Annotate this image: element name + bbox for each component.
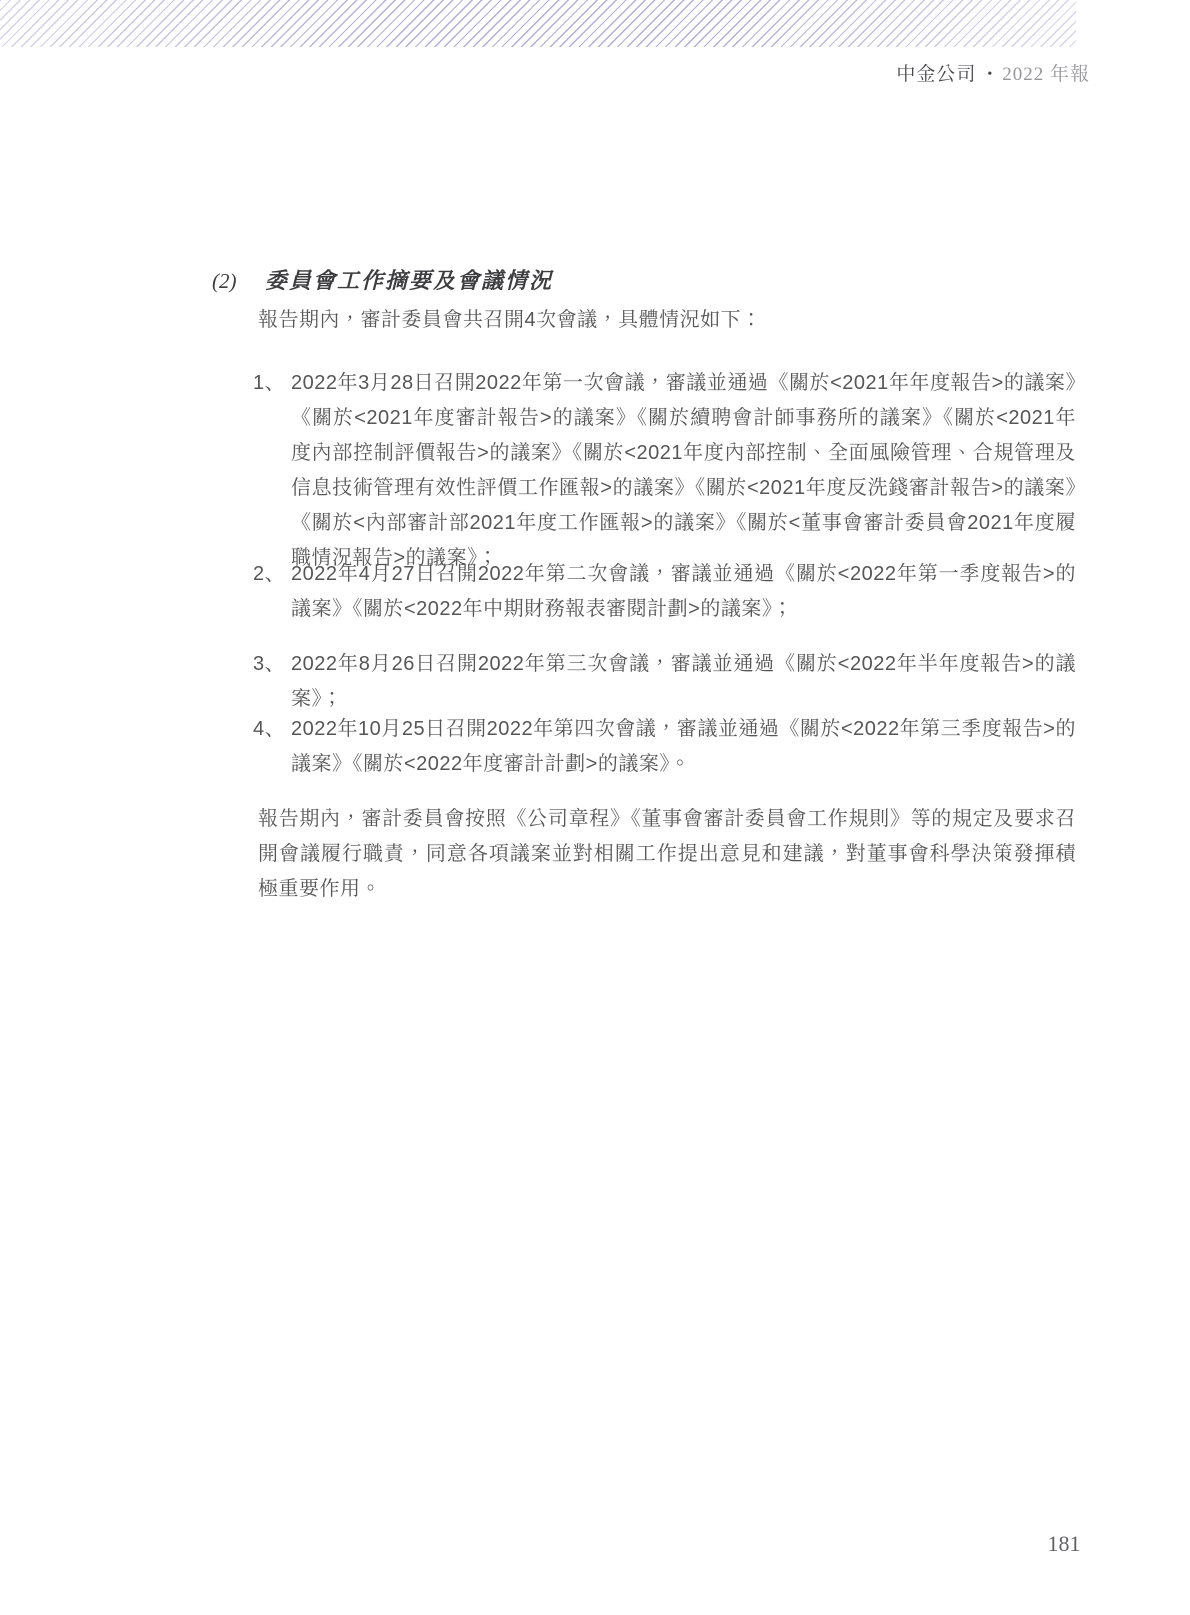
item-text: 2022年8月26日召開2022年第三次會議，審議並通過《關於<2022年半年度… bbox=[291, 647, 1076, 717]
item-number: 2、 bbox=[253, 557, 291, 592]
section-number: (2) bbox=[212, 266, 265, 296]
item-number: 1、 bbox=[253, 366, 291, 401]
meeting-item-4: 4、 2022年10月25日召開2022年第四次會議，審議並通過《關於<2022… bbox=[253, 712, 1076, 782]
report-title: 2022 年報 bbox=[1002, 64, 1090, 85]
item-text: 2022年3月28日召開2022年第一次會議，審議並通過《關於<2021年年度報… bbox=[291, 366, 1076, 576]
meeting-item-2: 2、 2022年4月27日召開2022年第二次會議，審議並通過《關於<2022年… bbox=[253, 557, 1076, 627]
diagonal-hatch-band bbox=[0, 0, 1076, 47]
section-title: 委員會工作摘要及會議情況 bbox=[265, 266, 553, 296]
meeting-item-3: 3、 2022年8月26日召開2022年第三次會議，審議並通過《關於<2022年… bbox=[253, 647, 1076, 717]
company-name: 中金公司 bbox=[896, 64, 976, 85]
item-text: 2022年10月25日召開2022年第四次會議，審議並通過《關於<2022年第三… bbox=[291, 712, 1076, 782]
intro-paragraph: 報告期內，審計委員會共召開4次會議，具體情況如下： bbox=[258, 303, 1076, 338]
page-number: 181 bbox=[1040, 1530, 1088, 1558]
item-number: 3、 bbox=[253, 647, 291, 682]
running-head: 中金公司•2022 年報 bbox=[0, 62, 1090, 88]
meeting-item-1: 1、 2022年3月28日召開2022年第一次會議，審議並通過《關於<2021年… bbox=[253, 366, 1076, 576]
closing-paragraph: 報告期內，審計委員會按照《公司章程》《董事會審計委員會工作規則》等的規定及要求召… bbox=[258, 802, 1076, 907]
section-heading: (2) 委員會工作摘要及會議情況 bbox=[212, 266, 1076, 296]
item-number: 4、 bbox=[253, 712, 291, 747]
bullet-separator: • bbox=[987, 62, 993, 88]
report-page: 中金公司•2022 年報 (2) 委員會工作摘要及會議情況 報告期內，審計委員會… bbox=[0, 0, 1190, 1615]
item-text: 2022年4月27日召開2022年第二次會議，審議並通過《關於<2022年第一季… bbox=[291, 557, 1076, 627]
